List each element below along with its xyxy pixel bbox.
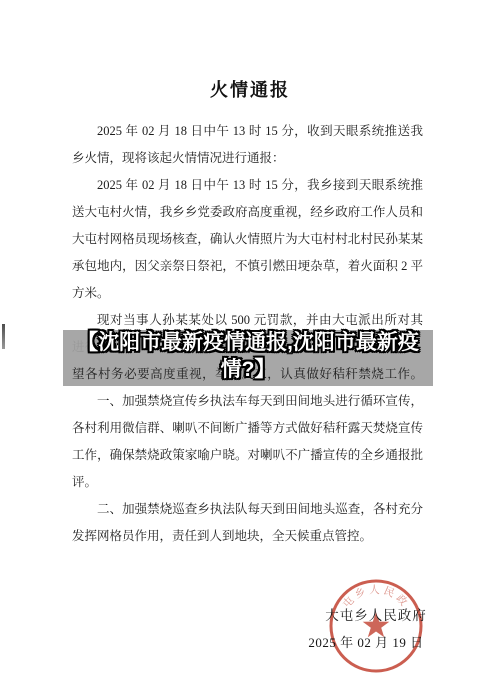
document-title: 火情通报 bbox=[0, 76, 500, 102]
left-edge-artifact bbox=[2, 324, 5, 349]
issue-date: 2025 年 02 月 19 日 bbox=[266, 632, 466, 651]
paragraph-incident: 2025 年 02 月 18 日中午 13 时 15 分，我乡接到天眼系统推送大… bbox=[72, 172, 423, 307]
paragraph-measure-one: 一、加强禁烧宣传乡执法车每天到田间地头进行循环宣传，各村利用微信群、喇叭不间断广… bbox=[72, 388, 423, 496]
issuer-name: 大屯乡人民政府 bbox=[276, 604, 476, 624]
paragraph-measure-two: 二、加强禁烧巡查乡执法队每天到田间地头巡查，各村充分发挥网格员作用，责任到人到地… bbox=[72, 496, 423, 550]
notice-document-page: 火情通报 2025 年 02 月 18 日中午 13 时 15 分，收到天眼系统… bbox=[0, 0, 500, 697]
caption-overlay-text: 【沈阳市最新疫情通报,沈阳市最新疫情?】 bbox=[63, 329, 433, 383]
government-seal: 大屯乡人民政府 bbox=[316, 566, 436, 686]
paragraph-intro: 2025 年 02 月 18 日中午 13 时 15 分，收到天眼系统推送我乡火… bbox=[72, 118, 423, 172]
